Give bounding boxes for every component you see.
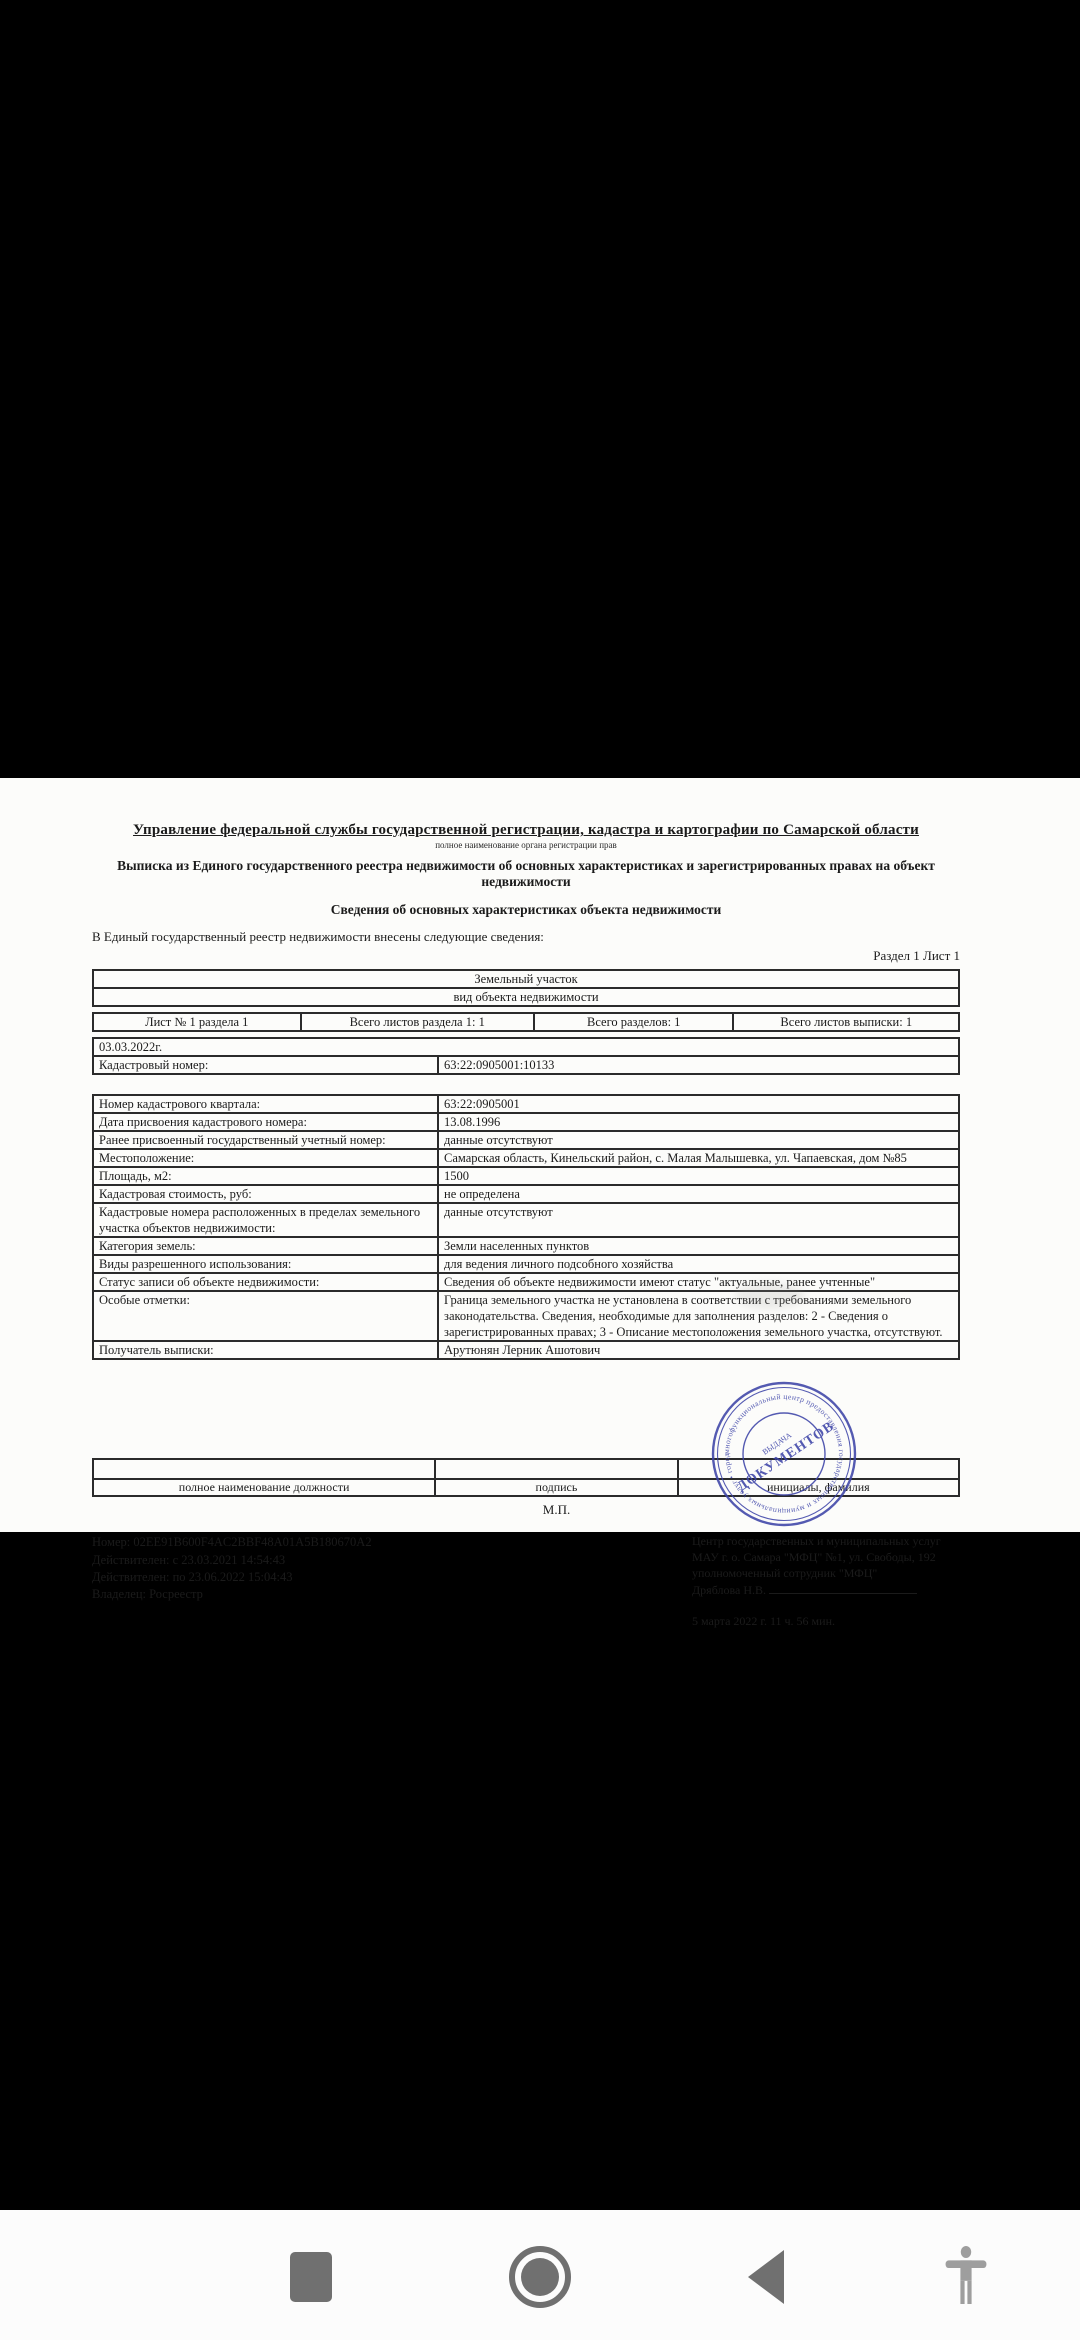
field-label: Ранее присвоенный государственный учетны… — [93, 1131, 438, 1149]
object-type-value: Земельный участок — [93, 970, 959, 988]
table-row: Земельный участок — [93, 970, 959, 988]
table-row: Категория земель: Земли населенных пункт… — [93, 1237, 959, 1255]
home-button[interactable] — [509, 2246, 571, 2308]
sheet-cell: Всего листов выписки: 1 — [733, 1013, 959, 1031]
table-row: Кадастровые номера расположенных в преде… — [93, 1203, 959, 1237]
field-label: Кадастровые номера расположенных в преде… — [93, 1203, 438, 1237]
field-value: 1500 — [438, 1167, 959, 1185]
field-value: Самарская область, Кинельский район, с. … — [438, 1149, 959, 1167]
table-row: Лист № 1 раздела 1 Всего листов раздела … — [93, 1013, 959, 1031]
field-label: Кадастровый номер: — [93, 1056, 438, 1074]
back-button[interactable] — [748, 2250, 784, 2304]
accessibility-button[interactable] — [942, 2246, 990, 2309]
certificate-valid-to: Действителен: по 23.06.2022 15:04:43 — [92, 1569, 562, 1586]
field-value: данные отсутствуют — [438, 1203, 959, 1237]
table-row: Особые отметки: Граница земельного участ… — [93, 1291, 959, 1341]
phone-screen: Управление федеральной службы государств… — [0, 0, 1080, 2340]
field-label: Номер кадастрового квартала: — [93, 1095, 438, 1113]
field-label: Статус записи об объекте недвижимости: — [93, 1273, 438, 1291]
accessibility-person-icon — [942, 2246, 990, 2306]
field-value: Земли населенных пунктов — [438, 1237, 959, 1255]
sheet-cell: Лист № 1 раздела 1 — [93, 1013, 301, 1031]
footer-blocks: Номер: 02EE91B600F4AC2BBF48A01A5B180670A… — [92, 1534, 960, 1629]
field-value: не определена — [438, 1185, 959, 1203]
sheets-summary-table: Лист № 1 раздела 1 Всего листов раздела … — [92, 1012, 960, 1032]
field-value: 13.08.1996 — [438, 1113, 959, 1131]
field-value: Граница земельного участка не установлен… — [438, 1291, 959, 1341]
sheet-cell: Всего разделов: 1 — [534, 1013, 734, 1031]
back-triangle-icon — [748, 2250, 784, 2304]
field-label: Площадь, м2: — [93, 1167, 438, 1185]
table-row: Статус записи об объекте недвижимости: С… — [93, 1273, 959, 1291]
certificate-valid-from: Действителен: с 23.03.2021 14:54:43 — [92, 1552, 562, 1569]
recents-button[interactable] — [290, 2252, 332, 2302]
field-value: 63:22:0905001 — [438, 1095, 959, 1113]
field-label: Кадастровая стоимость, руб: — [93, 1185, 438, 1203]
field-label: Особые отметки: — [93, 1291, 438, 1341]
table-row: Площадь, м2: 1500 — [93, 1167, 959, 1185]
registration-authority-caption: полное наименование органа регистрации п… — [92, 840, 960, 850]
mfc-round-stamp-icon: многофункциональный центр предоставления… — [708, 1378, 860, 1530]
field-value: Сведения об объекте недвижимости имеют с… — [438, 1273, 959, 1291]
signature-line — [769, 1582, 917, 1594]
object-type-caption: вид объекта недвижимости — [93, 988, 959, 1006]
main-attributes-table: Номер кадастрового квартала: 63:22:09050… — [92, 1094, 960, 1360]
signature-empty-cell — [435, 1459, 677, 1479]
issuer-signer-name: Дряблова Н.В. — [692, 1583, 766, 1597]
field-value: данные отсутствуют — [438, 1131, 959, 1149]
issuer-role: уполномоченный сотрудник "МФЦ" — [692, 1566, 960, 1582]
date-cadastral-table: 03.03.2022г. Кадастровый номер: 63:22:09… — [92, 1037, 960, 1075]
issuer-address: МАУ г. о. Самара "МФЦ" №1, ул. Свободы, … — [692, 1550, 960, 1566]
table-row: вид объекта недвижимости — [93, 988, 959, 1006]
recents-square-icon — [290, 2252, 332, 2302]
intro-line: В Единый государственный реестр недвижим… — [92, 929, 960, 945]
characteristics-section-title: Сведения об основных характеристиках объ… — [92, 902, 960, 918]
field-value: 63:22:0905001:10133 — [438, 1056, 959, 1074]
extract-title: Выписка из Единого государственного реес… — [92, 858, 960, 890]
field-label: Получатель выписки: — [93, 1341, 438, 1359]
field-label: Дата присвоения кадастрового номера: — [93, 1113, 438, 1131]
table-row: 03.03.2022г. — [93, 1038, 959, 1056]
issuer-block: Центр государственных и муниципальных ус… — [692, 1534, 960, 1629]
table-row: Дата присвоения кадастрового номера: 13.… — [93, 1113, 959, 1131]
android-navbar — [0, 2210, 1080, 2340]
signature-header: подпись — [435, 1479, 677, 1496]
stamp-place-label: М.П. — [435, 1502, 678, 1518]
table-row: Номер кадастрового квартала: 63:22:09050… — [93, 1095, 959, 1113]
signature-header: полное наименование должности — [93, 1479, 435, 1496]
issuer-center: Центр государственных и муниципальных ус… — [692, 1534, 960, 1550]
issue-datetime: 5 марта 2022 г. 11 ч. 56 мин. — [692, 1614, 960, 1630]
table-row: Виды разрешенного использования: для вед… — [93, 1255, 959, 1273]
table-row: Кадастровый номер: 63:22:0905001:10133 — [93, 1056, 959, 1074]
field-value: Арутюнян Лерник Ашотович — [438, 1341, 959, 1359]
home-circle-icon — [509, 2246, 571, 2308]
table-row: Ранее присвоенный государственный учетны… — [93, 1131, 959, 1149]
field-label: Местоположение: — [93, 1149, 438, 1167]
field-label: Категория земель: — [93, 1237, 438, 1255]
certificate-owner: Владелец: Росреестр — [92, 1586, 562, 1603]
certificate-number: Номер: 02EE91B600F4AC2BBF48A01A5B180670A… — [92, 1534, 562, 1551]
document-content: Управление федеральной службы государств… — [0, 778, 1080, 1532]
registration-authority-title: Управление федеральной службы государств… — [92, 822, 960, 839]
document-page: Управление федеральной службы государств… — [0, 778, 1080, 1532]
table-row: Местоположение: Самарская область, Кинел… — [93, 1149, 959, 1167]
field-label: Виды разрешенного использования: — [93, 1255, 438, 1273]
scan-smudge — [735, 1283, 805, 1309]
object-type-table: Земельный участок вид объекта недвижимос… — [92, 969, 960, 1007]
table-row: Получатель выписки: Арутюнян Лерник Ашот… — [93, 1341, 959, 1359]
issuer-signer-line: Дряблова Н.В. — [692, 1582, 960, 1599]
table-row: Кадастровая стоимость, руб: не определен… — [93, 1185, 959, 1203]
section-sheet-label: Раздел 1 Лист 1 — [92, 948, 960, 964]
sheet-cell: Всего листов раздела 1: 1 — [301, 1013, 534, 1031]
extract-date: 03.03.2022г. — [93, 1038, 959, 1056]
field-value: для ведения личного подсобного хозяйства — [438, 1255, 959, 1273]
signature-empty-cell — [93, 1459, 435, 1479]
certificate-block: Номер: 02EE91B600F4AC2BBF48A01A5B180670A… — [92, 1534, 562, 1629]
